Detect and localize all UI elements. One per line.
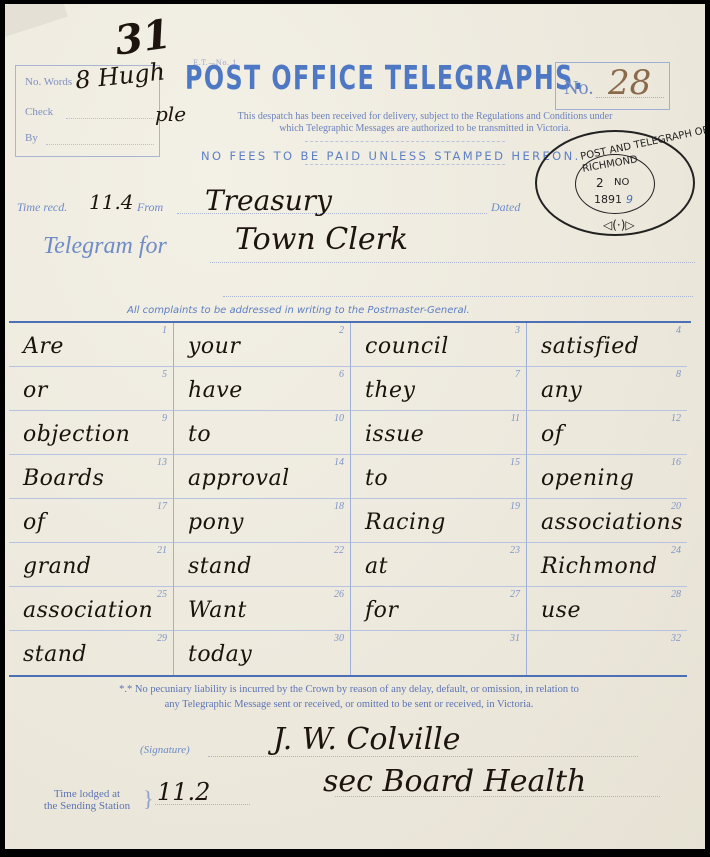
message-cell: 27for: [351, 587, 527, 631]
message-cell: 4satisfied: [527, 323, 687, 367]
message-cell: 7they: [351, 367, 527, 411]
message-cell: 30today: [174, 631, 351, 675]
telegram-form: E.T.—No. 1 No. Words Check By 31 8 Hugh …: [5, 4, 705, 849]
postmark-inner-ring: RICHMOND 2 NO 1891 9: [575, 154, 655, 214]
message-cell: 32: [527, 631, 687, 675]
cell-word: associations: [541, 510, 681, 535]
cell-word: at: [365, 554, 520, 579]
message-cell: 21grand: [9, 543, 174, 587]
message-cell: 6have: [174, 367, 351, 411]
number-value: 28: [608, 63, 651, 103]
message-cell: 15to: [351, 455, 527, 499]
check-label: Check: [25, 106, 53, 118]
time-lodged-label-line1: Time lodged at: [31, 788, 143, 800]
cell-word: of: [541, 422, 681, 447]
blank-address-line: [223, 296, 693, 297]
grid-bottom-rule: [9, 675, 687, 677]
postmark-year: 1891: [594, 193, 622, 206]
signature-label: (Signature): [140, 744, 190, 756]
time-received-value: 11.4: [89, 190, 134, 214]
liability-notice-line1: *.* No pecuniary liability is incurred b…: [19, 682, 679, 697]
cell-word: or: [23, 378, 167, 403]
postmark-month: NO: [614, 177, 629, 188]
cell-word: they: [365, 378, 520, 403]
time-lodged-label: Time lodged at the Sending Station: [31, 788, 143, 812]
message-cell: 29stand: [9, 631, 174, 675]
by-line: [46, 144, 154, 145]
message-cell: 18pony: [174, 499, 351, 543]
message-cell: 2your: [174, 323, 351, 367]
cell-word: have: [188, 378, 344, 403]
cell-word: Racing: [365, 510, 520, 535]
cell-word: pony: [188, 510, 344, 535]
cell-word: opening: [541, 466, 681, 491]
cell-word: stand: [188, 554, 344, 579]
time-lodged-value: 11.2: [157, 778, 210, 806]
message-cell: 26Want: [174, 587, 351, 631]
cell-word: use: [541, 598, 681, 623]
cell-number: 31: [510, 633, 520, 644]
telegram-for-label: Telegram for: [43, 233, 167, 260]
no-words-value: 31: [112, 10, 174, 64]
message-cell: 28use: [527, 587, 687, 631]
postmark-code: 9: [626, 193, 633, 206]
time-lodged-brace: }: [143, 786, 154, 812]
message-cell: 22stand: [174, 543, 351, 587]
message-cell: 8any: [527, 367, 687, 411]
time-lodged-label-line2: the Sending Station: [31, 800, 143, 812]
from-label: From: [137, 200, 163, 215]
liability-notice: *.* No pecuniary liability is incurred b…: [19, 682, 679, 712]
page-title: POST OFFICE TELEGRAPHS.: [185, 58, 584, 97]
number-label: No.: [564, 77, 593, 100]
cell-word: objection: [23, 422, 167, 447]
cell-word: for: [365, 598, 520, 623]
message-cell: 17of: [9, 499, 174, 543]
cell-word: issue: [365, 422, 520, 447]
message-cell: 10to: [174, 411, 351, 455]
cell-word: Boards: [23, 466, 167, 491]
message-grid: 1Are 2your 3council 4satisfied 5or 6have…: [9, 323, 687, 675]
cell-word: approval: [188, 466, 344, 491]
cell-word: association: [23, 598, 167, 623]
cell-word: grand: [23, 554, 167, 579]
wavy-rule-top: [305, 138, 505, 142]
liability-notice-line2: any Telegraphic Message sent or received…: [19, 697, 679, 712]
complaints-notice: All complaints to be addressed in writin…: [127, 305, 470, 316]
cell-word: Are: [23, 334, 167, 359]
message-cell: 24Richmond: [527, 543, 687, 587]
message-cell: 13Boards: [9, 455, 174, 499]
cell-word: Want: [188, 598, 344, 623]
postmark-stamp: POST AND TELEGRAPH OFFICE RICHMOND 2 NO …: [535, 130, 695, 236]
cell-word: council: [365, 334, 520, 359]
by-label: By: [25, 132, 38, 144]
message-cell: 16opening: [527, 455, 687, 499]
despatch-notice-line1: This despatch has been received for deli…: [165, 111, 685, 123]
cell-word: of: [23, 510, 167, 535]
message-cell: 11issue: [351, 411, 527, 455]
message-cell: 25association: [9, 587, 174, 631]
signature-value: J. W. Colville: [273, 722, 461, 757]
message-cell: 3council: [351, 323, 527, 367]
time-received-label: Time recd.: [17, 200, 67, 215]
cell-word: satisfied: [541, 334, 681, 359]
dated-label: Dated: [491, 200, 520, 215]
paper-fold: [5, 4, 68, 38]
message-cell: 14approval: [174, 455, 351, 499]
cell-number: 32: [671, 633, 681, 644]
message-cell: 9objection: [9, 411, 174, 455]
wavy-rule-bottom: [305, 161, 505, 165]
postmark-day: 2: [596, 176, 604, 190]
cell-word: to: [365, 466, 520, 491]
cell-word: today: [188, 642, 344, 667]
cell-word: any: [541, 378, 681, 403]
telegram-for-line: [210, 262, 695, 263]
message-cell: 31: [351, 631, 527, 675]
cell-word: stand: [23, 642, 167, 667]
cell-word: your: [188, 334, 344, 359]
message-cell: 5or: [9, 367, 174, 411]
signature-title: sec Board Health: [323, 764, 586, 799]
cell-word: to: [188, 422, 344, 447]
telegram-for-value: Town Clerk: [235, 222, 408, 257]
message-cell: 1Are: [9, 323, 174, 367]
message-cell: 20associations: [527, 499, 687, 543]
number-box: No. 28: [555, 62, 670, 110]
message-cell: 12of: [527, 411, 687, 455]
cell-word: Richmond: [541, 554, 681, 579]
from-value: Treasury: [205, 184, 332, 217]
postmark-ornament: ◁(·)▷: [603, 218, 635, 232]
no-words-label: No. Words: [25, 76, 72, 88]
message-cell: 23at: [351, 543, 527, 587]
check-line: [66, 118, 154, 119]
message-cell: 19Racing: [351, 499, 527, 543]
